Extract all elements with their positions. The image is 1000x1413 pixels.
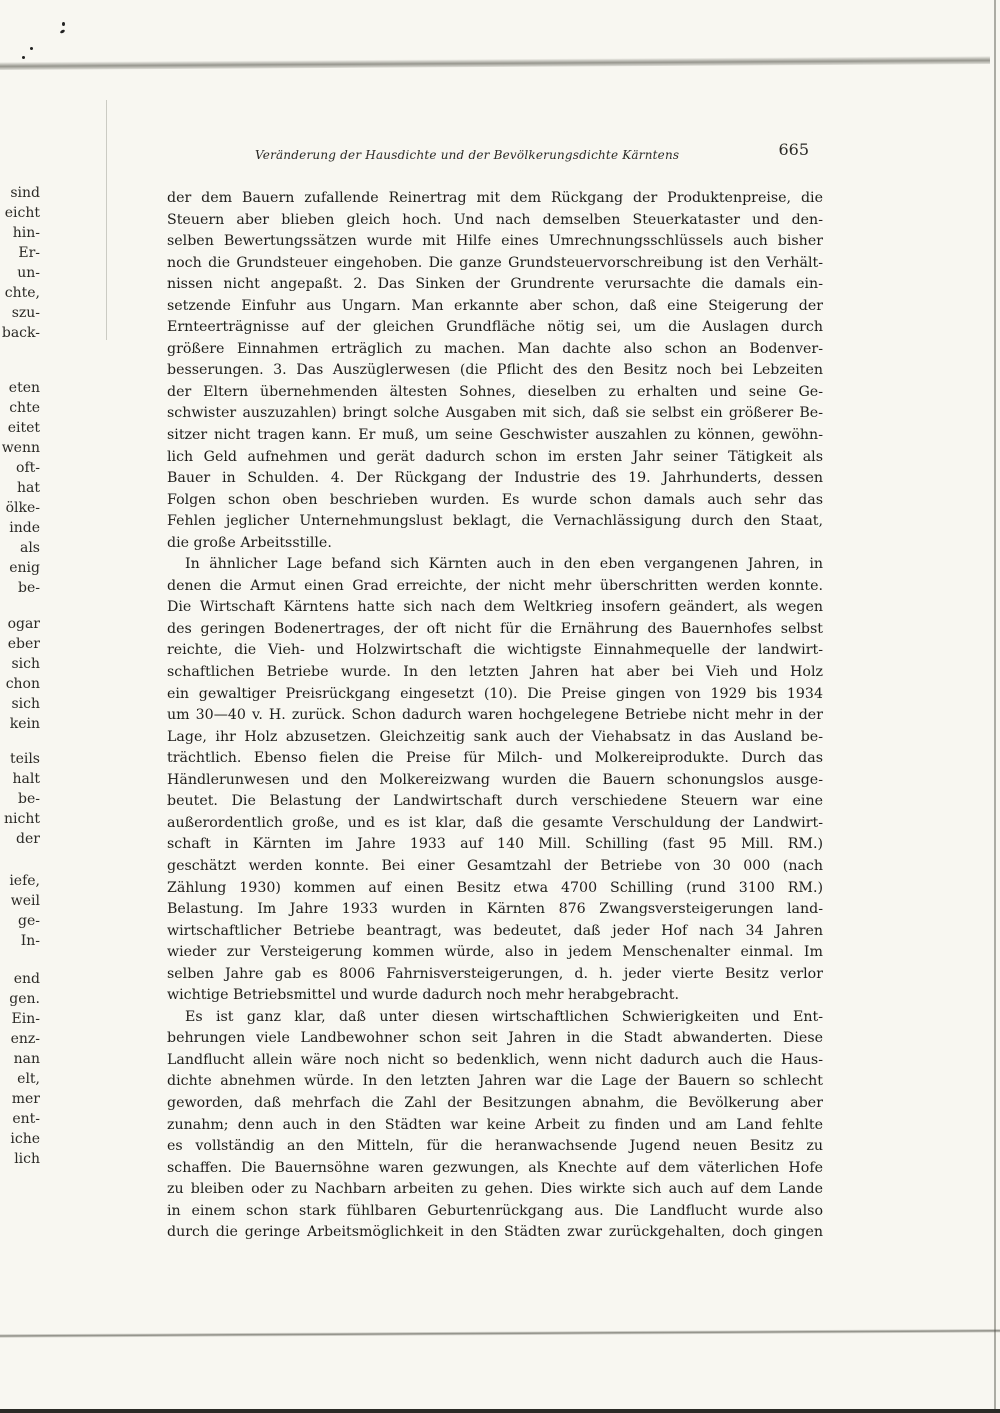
margin-fragment: mer [12,1089,40,1109]
text-line: wieder zur Versteigerung kommen würde, a… [167,942,823,964]
text-line: setzende Einfuhr aus Ungarn. Man erkannt… [167,296,823,318]
text-line: Ernteerträgnisse auf der gleichen Grundf… [167,317,823,339]
scanned-page: sindeichthin-Er-un-chte,szu-back-etencht… [0,0,1000,1413]
text-line: durch die geringe Arbeitsmöglichkeit in … [167,1222,823,1244]
text-line: Folgen schon oben beschrieben wurden. Es… [167,490,823,512]
text-line: besserungen. 3. Das Auszüglerwesen (die … [167,360,823,382]
text-line: trächtlich. Ebenso fielen die Preise für… [167,748,823,770]
text-line: außerordentlich große, und es ist klar, … [167,813,823,835]
bottom-edge-shadow [0,1329,1000,1338]
margin-fragment: elt, [17,1069,40,1089]
text-line: wirtschaftlicher Betriebe beantragt, was… [167,921,823,943]
margin-fragment: teils [10,749,40,769]
page-number: 665 [778,140,809,159]
margin-fragment: enig [9,558,40,578]
margin-fragment: enz- [11,1029,40,1049]
text-line: schwister auszuzahlen) bringt solche Aus… [167,403,823,425]
margin-fragment: back- [2,323,40,343]
text-line: wichtige Betriebsmittel und wurde dadurc… [167,985,823,1007]
gutter-fold-line [106,100,107,340]
margin-fragment: chte, [5,283,40,303]
margin-fragment: be- [18,578,40,598]
text-line: geschätzt werden konnte. Bei einer Gesam… [167,856,823,878]
text-line: Landflucht allein wäre noch nicht so bed… [167,1050,823,1072]
text-line: zunahm; denn auch in den Städten war kei… [167,1115,823,1137]
text-line: der Eltern übernehmenden ältesten Sohnes… [167,382,823,404]
text-line: sitzer nicht tragen kann. Er muß, um sei… [167,425,823,447]
margin-fragment: kein [10,714,40,734]
margin-fragment: end [14,969,40,989]
margin-fragment: hat [17,478,40,498]
margin-fragment: lich [14,1149,40,1169]
margin-fragment: weil [11,891,40,911]
text-line: Es ist ganz klar, daß unter diesen wirts… [167,1007,823,1029]
text-line: der dem Bauern zufallende Reinertrag mit… [167,188,823,210]
margin-fragment: iefe, [9,871,40,891]
margin-fragment: eicht [5,203,40,223]
text-line: Händlerunwesen und den Molkereizwang wur… [167,770,823,792]
margin-fragment: halt [13,769,40,789]
margin-fragment: gen. [9,989,40,1009]
document-page: Veränderung der Hausdichte und der Bevöl… [167,140,823,1244]
dust-speck [30,47,33,50]
margin-fragment: eten [9,378,40,398]
margin-fragment: nan [14,1049,40,1069]
text-line: Bauer in Schulden. 4. Der Rückgang der I… [167,468,823,490]
margin-fragment: eber [8,634,40,654]
text-line: es vollständig an den Mitteln, für die h… [167,1136,823,1158]
margin-fragment: ent- [12,1109,40,1129]
margin-fragment: In- [21,931,40,951]
right-page-edge [994,0,996,1413]
text-line: Steuern aber blieben gleich hoch. Und na… [167,210,823,232]
top-edge-shadow [0,56,990,70]
text-line: größere Einnahmen erträglich zu machen. … [167,339,823,361]
text-line: Lage, ihr Holz abzusetzen. Gleichzeitig … [167,727,823,749]
text-line: schaft in Kärnten im Jahre 1933 auf 140 … [167,834,823,856]
text-line: in einem schon stark fühlbaren Geburtenr… [167,1201,823,1223]
margin-fragment: ogar [8,614,40,634]
dust-speck [60,29,66,34]
margin-fragment: wenn [2,438,40,458]
margin-fragment: Er- [18,243,40,263]
margin-fragment: chte [9,398,40,418]
margin-fragment: sich [11,694,40,714]
margin-fragment: szu- [12,303,40,323]
text-line: geworden, daß mehrfach die Zahl der Besi… [167,1093,823,1115]
margin-fragment: iche [10,1129,40,1149]
margin-fragment: chon [6,674,40,694]
body-text: der dem Bauern zufallende Reinertrag mit… [167,188,823,1244]
margin-fragment: ge- [18,911,40,931]
margin-fragment: nicht [4,809,40,829]
text-line: selben Bewertungssätzen wurde mit Hilfe … [167,231,823,253]
text-line: lich Geld aufnehmen und gerät dadurch sc… [167,447,823,469]
text-line: schaftlichen Betriebe wurde. In den letz… [167,662,823,684]
text-line: reichte, die Vieh- und Holzwirtschaft di… [167,640,823,662]
margin-fragment: ölke- [6,498,40,518]
margin-fragment: Ein- [12,1009,40,1029]
running-title: Veränderung der Hausdichte und der Bevöl… [255,148,679,162]
text-line: Die Wirtschaft Kärntens hatte sich nach … [167,597,823,619]
text-line: des geringen Bodenertrages, der oft nich… [167,619,823,641]
text-line: denen die Armut einen Grad erreichte, de… [167,576,823,598]
margin-fragment: be- [18,789,40,809]
running-header: Veränderung der Hausdichte und der Bevöl… [167,140,823,168]
text-line: schaffen. Die Bauernsöhne waren gezwunge… [167,1158,823,1180]
text-line: behrungen viele Landbewohner schon seit … [167,1028,823,1050]
text-line: die große Arbeitsstille. [167,533,823,555]
text-line: selben Jahre gab es 8006 Fahrnisversteig… [167,964,823,986]
text-line: nissen nicht angepaßt. 2. Das Sinken der… [167,274,823,296]
text-line: beutet. Die Belastung der Landwirtschaft… [167,791,823,813]
margin-fragment: als [20,538,40,558]
margin-fragment: sich [11,654,40,674]
text-line: noch die Grundsteuer eingehoben. Die gan… [167,253,823,275]
scanner-bottom-border [0,1409,1000,1413]
margin-fragment: der [16,829,40,849]
dust-speck [62,22,65,26]
text-line: dichte abnehmen würde. In den letzten Ja… [167,1071,823,1093]
margin-fragment: eitet [8,418,40,438]
margin-fragment: oft- [16,458,40,478]
dust-speck [22,56,25,59]
text-line: zu bleiben oder zu Nachbarn arbeiten zu … [167,1179,823,1201]
text-line: ein gewaltiger Preisrückgang eingesetzt … [167,684,823,706]
text-line: Belastung. Im Jahre 1933 wurden in Kärnt… [167,899,823,921]
margin-fragment: hin- [13,223,40,243]
text-line: In ähnlicher Lage befand sich Kärnten au… [167,554,823,576]
text-line: um 30—40 v. H. zurück. Schon dadurch war… [167,705,823,727]
text-line: Zählung 1930) kommen auf einen Besitz et… [167,878,823,900]
margin-fragment: un- [17,263,40,283]
text-line: Fehlen jeglicher Unternehmungslust bekla… [167,511,823,533]
margin-fragment: inde [9,518,40,538]
margin-fragment: sind [10,183,40,203]
